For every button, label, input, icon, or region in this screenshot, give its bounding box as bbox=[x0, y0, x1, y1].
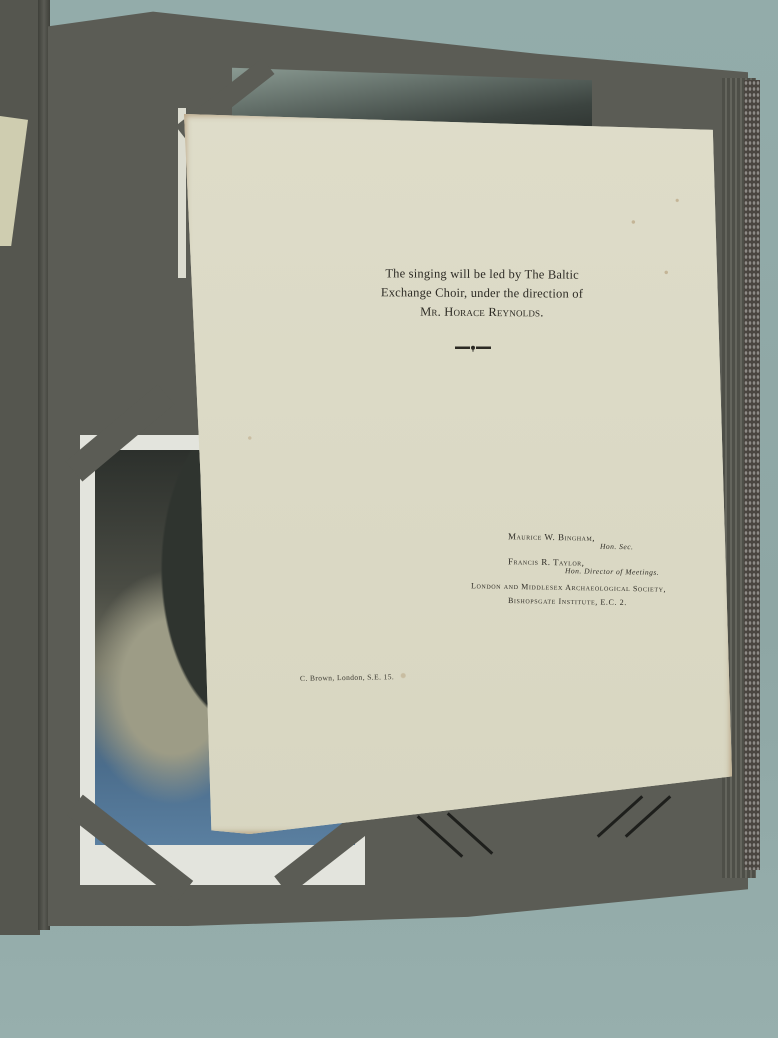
signatory-title-2: Hon. Director of Meetings. bbox=[565, 566, 659, 577]
notice-line-3: Mr. Horace Reynolds. bbox=[352, 302, 612, 323]
notice-line-1: The singing will be led by The Baltic bbox=[352, 264, 612, 285]
signatory-title-1: Hon. Sec. bbox=[600, 542, 634, 552]
album-cover-edge bbox=[744, 80, 760, 870]
notice-card bbox=[184, 114, 732, 834]
notice-line-2: Exchange Choir, under the direction of bbox=[352, 283, 612, 304]
printer-imprint: C. Brown, London, S.E. 15. bbox=[300, 672, 394, 683]
ornament-divider-icon bbox=[455, 344, 491, 352]
signatory-name-1: Maurice W. Bingham, bbox=[508, 531, 595, 543]
notice-text: The singing will be led by The Baltic Ex… bbox=[352, 264, 612, 323]
